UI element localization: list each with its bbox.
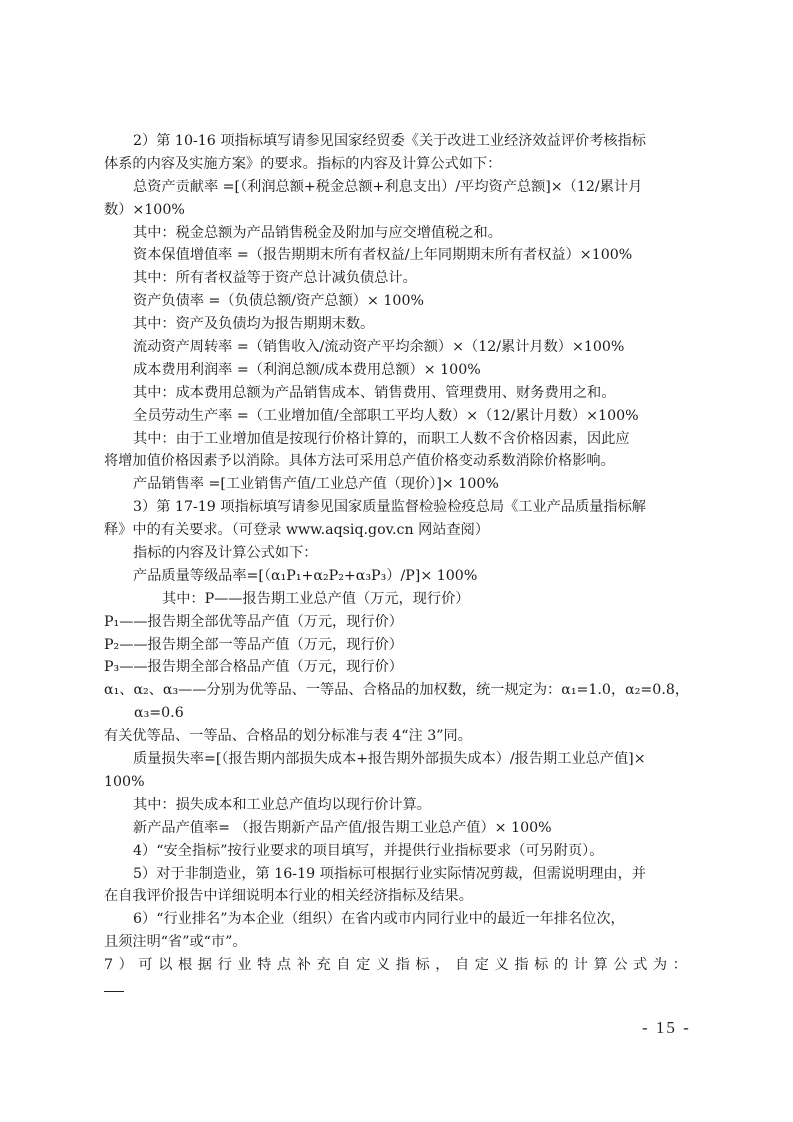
formula-line: 产品销售率 =[工业销售产值/工业总产值（现价）]× 100% (104, 473, 692, 496)
definition-line: P₁——报告期全部优等品产值（万元，现行价） (104, 611, 692, 634)
blank-rule (104, 991, 124, 992)
definition-line: α₁、α₂、α₃——分别为优等品、一等品、合格品的加权数，统一规定为：α₁=1.… (104, 679, 692, 702)
note-line: 其中：资产及负债均为报告期期末数。 (104, 313, 692, 336)
paragraph-line: 且须注明“省”或“市”。 (104, 931, 692, 954)
definition-line: α₃=0.6 (104, 702, 692, 725)
paragraph-line: 5）对于非制造业，第 16-19 项指标可根据行业实际情况剪裁，但需说明理由，并 (104, 863, 692, 886)
paragraph-line: 7）可以根据行业特点补充自定义指标，自定义指标的计算公式为： (104, 954, 692, 977)
formula-line: 100% (104, 771, 692, 794)
note-line: 将增加值价格因素予以消除。具体方法可采用总产值价格变动系数消除价格影响。 (104, 450, 692, 473)
note-line: 其中：损失成本和工业总产值均以现行价计算。 (104, 794, 692, 817)
formula-line: 总资产贡献率 =[（利润总额+税金总额+利息支出）/平均资产总额]×（12/累计… (104, 176, 692, 199)
definition-line: P₂——报告期全部一等品产值（万元，现行价） (104, 634, 692, 657)
formula-line: 资产负债率 =（负债总额/资产总额）× 100% (104, 290, 692, 313)
formula-line: 资本保值增值率 =（报告期期末所有者权益/上年同期期末所有者权益）×100% (104, 244, 692, 267)
paragraph-line: 2）第 10-16 项指标填写请参见国家经贸委《关于改进工业经济效益评价考核指标 (104, 130, 692, 153)
note-line: 其中：成本费用总额为产品销售成本、销售费用、管理费用、财务费用之和。 (104, 382, 692, 405)
page-number: - 15 - (642, 1018, 691, 1038)
note-line: 其中：税金总额为产品销售税金及附加与应交增值税之和。 (104, 222, 692, 245)
formula-line: 产品质量等级品率=[（α₁P₁+α₂P₂+α₃P₃）/P]× 100% (104, 565, 692, 588)
formula-line: 全员劳动生产率 =（工业增加值/全部职工平均人数）×（12/累计月数）×100% (104, 405, 692, 428)
formula-line: 流动资产周转率 =（销售收入/流动资产平均余额）×（12/累计月数）×100% (104, 336, 692, 359)
paragraph-line: 3）第 17-19 项指标填写请参见国家质量监督检验检疫总局《工业产品质量指标解 (104, 496, 692, 519)
paragraph-line: 在自我评价报告中详细说明本行业的相关经济指标及结果。 (104, 885, 692, 908)
paragraph-line: 指标的内容及计算公式如下： (104, 542, 692, 565)
formula-line: 新产品产值率= （报告期新产品产值/报告期工业总产值）× 100% (104, 817, 692, 840)
definition-line: P₃——报告期全部合格品产值（万元，现行价） (104, 656, 692, 679)
document-body: 2）第 10-16 项指标填写请参见国家经贸委《关于改进工业经济效益评价考核指标… (104, 130, 692, 992)
definition-line: 其中：P——报告期工业总产值（万元，现行价） (104, 588, 692, 611)
paragraph-line: 6）“行业排名”为本企业（组织）在省内或市内同行业中的最近一年排名位次， (104, 908, 692, 931)
formula-line: 数）×100% (104, 199, 692, 222)
formula-line: 质量损失率=[（报告期内部损失成本+报告期外部损失成本）/报告期工业总产值]× (104, 748, 692, 771)
formula-line: 成本费用利润率 =（利润总额/成本费用总额）× 100% (104, 359, 692, 382)
paragraph-line: 释》中的有关要求。（可登录 www.aqsiq.gov.cn 网站查阅） (104, 519, 692, 542)
note-line: 其中：由于工业增加值是按现行价格计算的，而职工人数不含价格因素，因此应 (104, 428, 692, 451)
paragraph-line: 体系的内容及实施方案》的要求。指标的内容及计算公式如下： (104, 153, 692, 176)
paragraph-line: 有关优等品、一等品、合格品的划分标准与表 4“注 3”同。 (104, 725, 692, 748)
note-line: 其中：所有者权益等于资产总计减负债总计。 (104, 267, 692, 290)
paragraph-line: 4）“安全指标”按行业要求的项目填写，并提供行业指标要求（可另附页）。 (104, 840, 692, 863)
